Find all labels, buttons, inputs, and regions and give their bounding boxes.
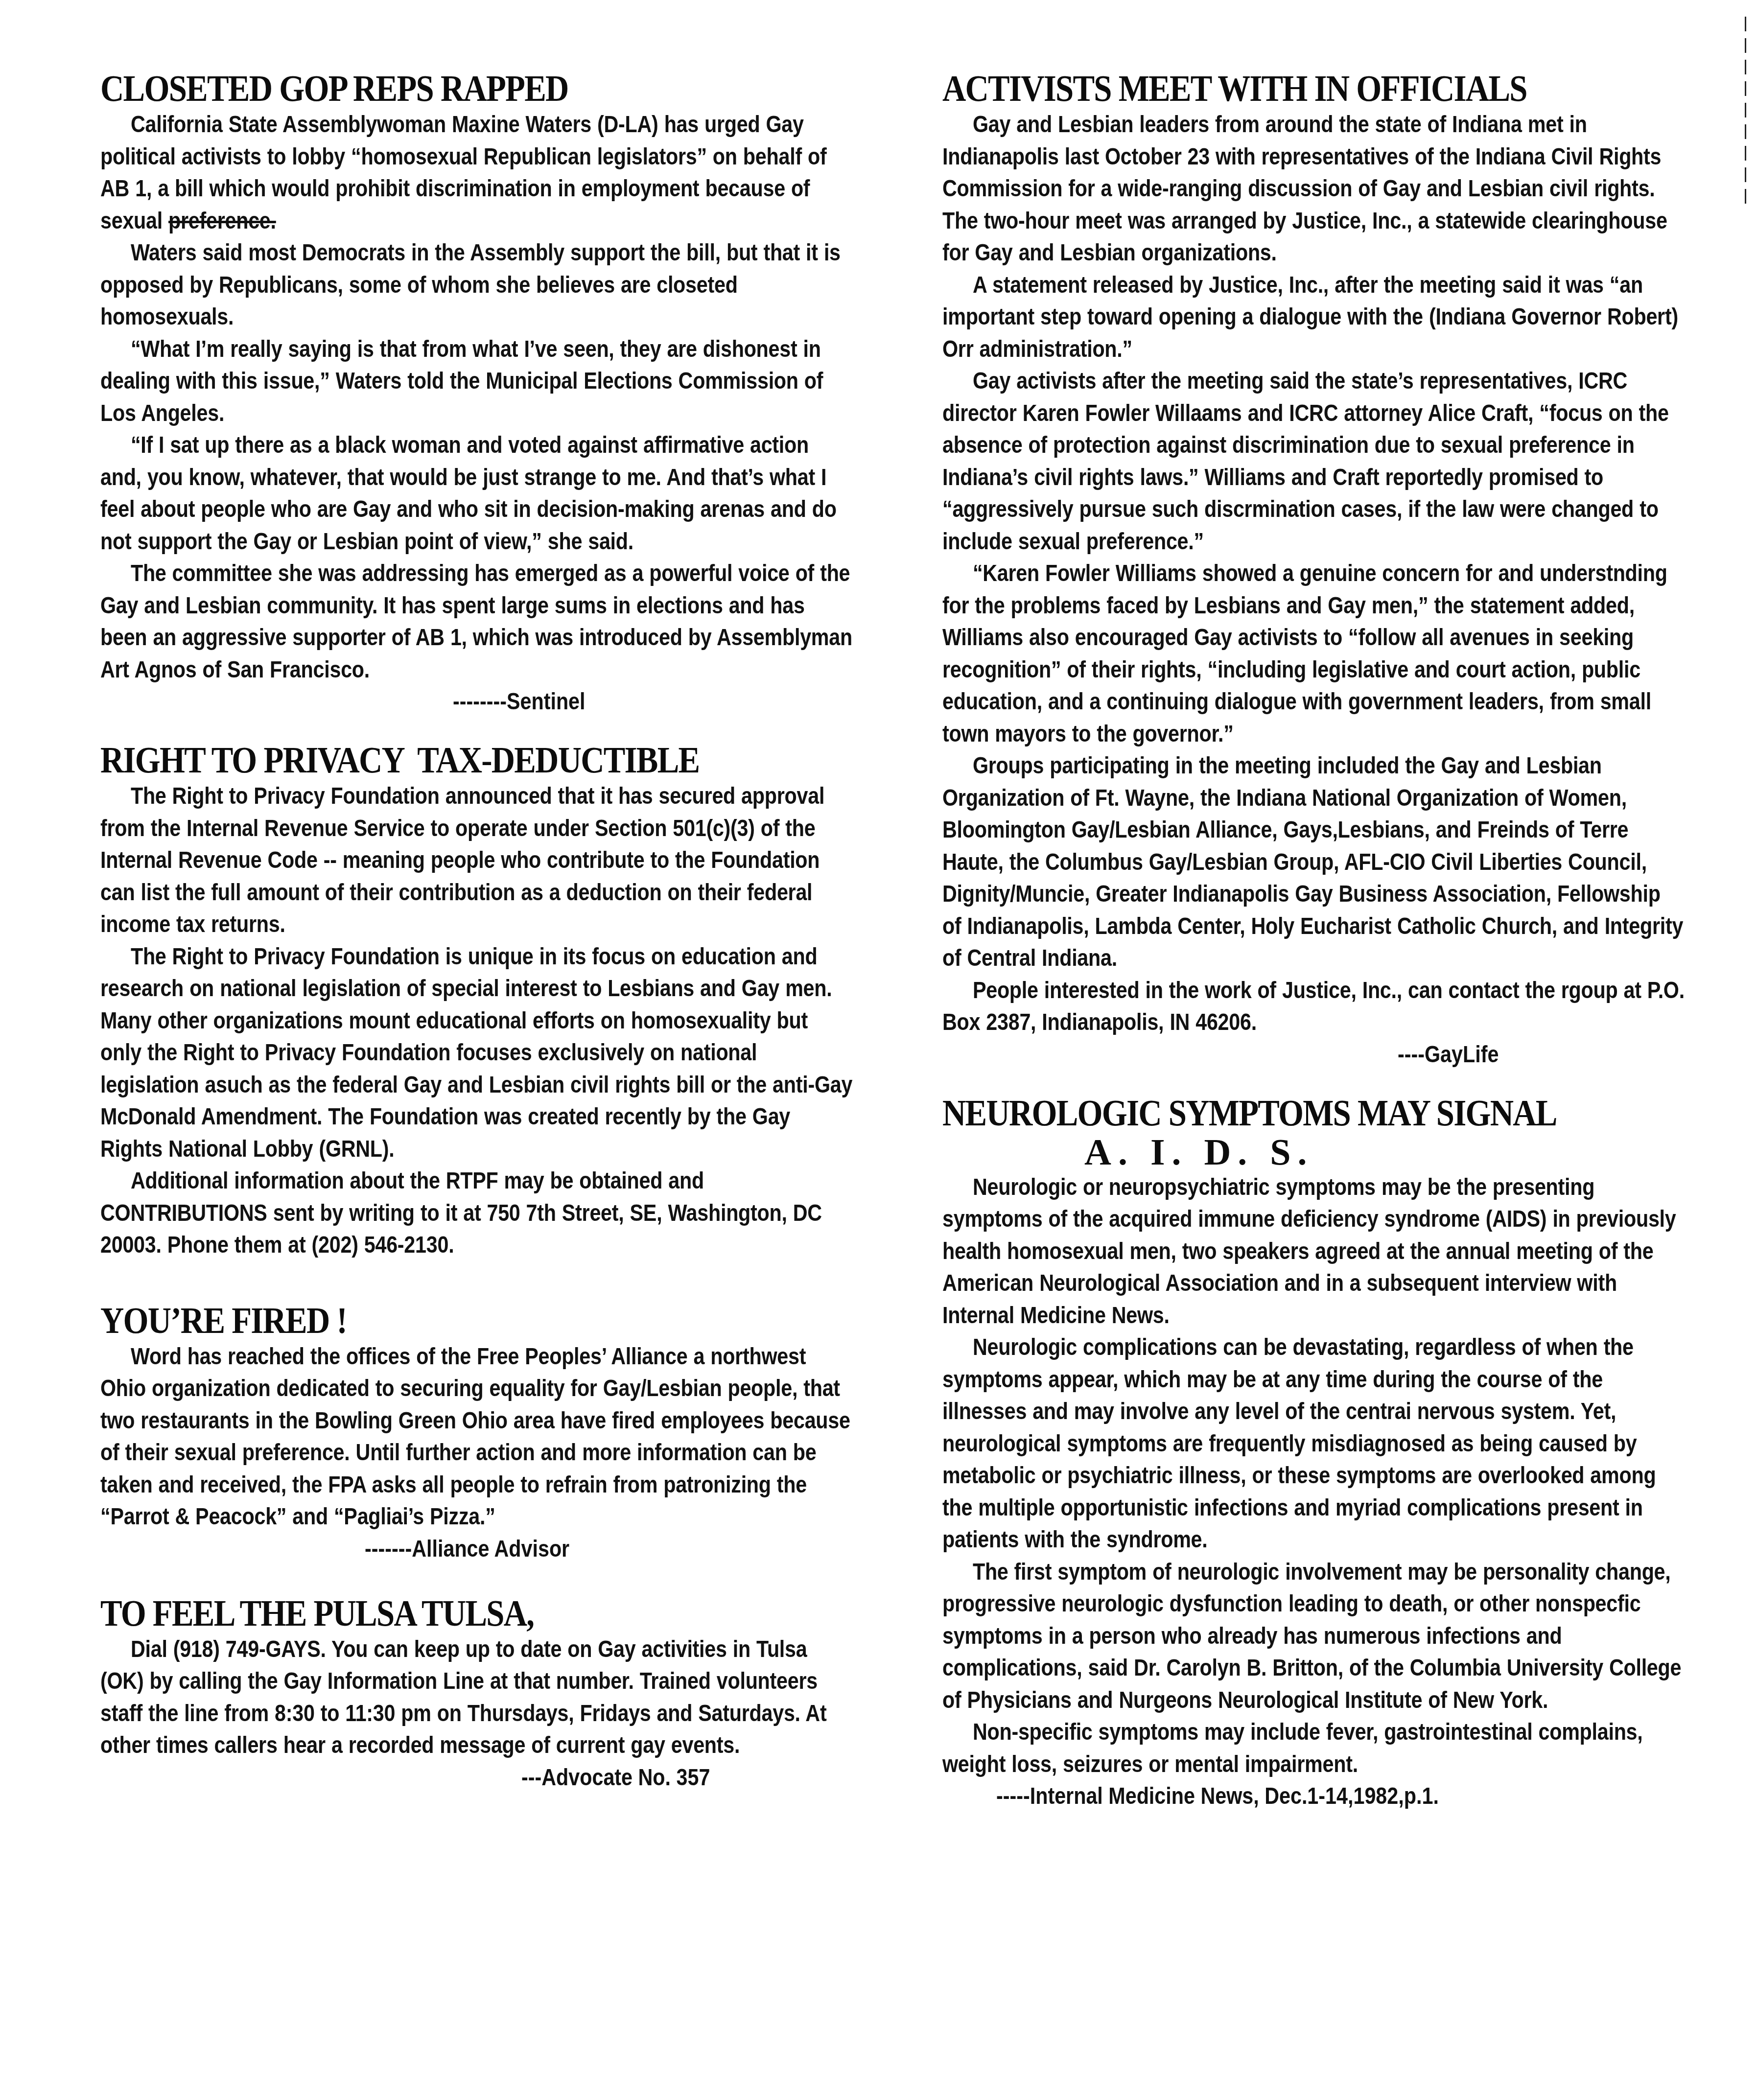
struck-word: preference. [168, 208, 276, 234]
paragraph: Non-specific symptoms may include fever,… [942, 1716, 1685, 1780]
source-credit: ----GayLife [1398, 1039, 1646, 1071]
scan-edge-mark [1745, 17, 1746, 206]
article-closeted-gop-reps: CLOSETED GOP REPS RAPPED California Stat… [100, 69, 854, 718]
source-credit: -----Internal Medicine News, Dec.1-14,19… [996, 1780, 1590, 1812]
article-right-to-privacy: RIGHT TO PRIVACY TAX-DEDUCTIBLE The Righ… [100, 740, 854, 1261]
paragraph: Gay and Lesbian leaders from around the … [942, 109, 1685, 269]
paragraph: The Right to Privacy Foundation announce… [100, 780, 852, 941]
paragraph: “What I’m really saying is that from wha… [100, 333, 852, 430]
headline: NEUROLOGIC SYMPTOMS MAY SIGNAL [942, 1093, 1597, 1133]
paragraph: People interested in the work of Justice… [942, 975, 1685, 1039]
article-pulsa-tulsa: TO FEEL THE PULSA TULSA, Dial (918) 749-… [100, 1593, 854, 1794]
article-neurologic-symptoms: NEUROLOGIC SYMPTOMS MAY SIGNAL A. I. D. … [942, 1093, 1687, 1813]
spacer [100, 718, 854, 740]
article-youre-fired: YOU’RE FIRED ! Word has reached the offi… [100, 1301, 854, 1565]
article-activists-meet: ACTIVISTS MEET WITH IN OFFICIALS Gay and… [942, 69, 1687, 1071]
source-credit: --------Sentinel [453, 686, 798, 718]
paragraph: Additional information about the RTPF ma… [100, 1165, 852, 1261]
paragraph: “Karen Fowler Williams showed a genuine … [942, 558, 1685, 750]
left-column: CLOSETED GOP REPS RAPPED California Stat… [100, 69, 854, 1794]
headline: TO FEEL THE PULSA TULSA, [100, 1593, 764, 1633]
paragraph: Dial (918) 749-GAYS. You can keep up to … [100, 1633, 852, 1762]
headline: YOU’RE FIRED ! [100, 1301, 764, 1341]
headline-line-2: A. I. D. S. [1084, 1133, 1687, 1171]
headline: RIGHT TO PRIVACY TAX-DEDUCTIBLE [100, 740, 764, 780]
spacer [942, 1071, 1687, 1093]
headline: ACTIVISTS MEET WITH IN OFFICIALS [942, 69, 1597, 109]
paragraph: Word has reached the offices of the Free… [100, 1341, 852, 1533]
spacer [100, 1261, 854, 1301]
headline: CLOSETED GOP REPS RAPPED [100, 69, 764, 109]
spacer [100, 1565, 854, 1593]
paragraph: Waters said most Democrats in the Assemb… [100, 237, 852, 333]
source-credit: ---Advocate No. 357 [521, 1762, 808, 1794]
paragraph: Groups participating in the meeting incl… [942, 750, 1685, 975]
paragraph: The Right to Privacy Foundation is uniqu… [100, 941, 852, 1166]
right-column: ACTIVISTS MEET WITH IN OFFICIALS Gay and… [942, 69, 1687, 1812]
source-credit: -------Alliance Advisor [365, 1533, 786, 1565]
paragraph: A statement released by Justice, Inc., a… [942, 269, 1685, 366]
paragraph: Neurologic or neuropsychiatric symptoms … [942, 1171, 1685, 1332]
newsletter-page: CLOSETED GOP REPS RAPPED California Stat… [0, 0, 1757, 2100]
paragraph: The first symptom of neurologic involvem… [942, 1556, 1685, 1717]
paragraph: California State Assemblywoman Maxine Wa… [100, 109, 852, 237]
paragraph: “If I sat up there as a black woman and … [100, 429, 852, 558]
paragraph: Gay activists after the meeting said the… [942, 365, 1685, 558]
paragraph: The committee she was addressing has eme… [100, 558, 852, 686]
paragraph: Neurologic complications can be devastat… [942, 1331, 1685, 1556]
